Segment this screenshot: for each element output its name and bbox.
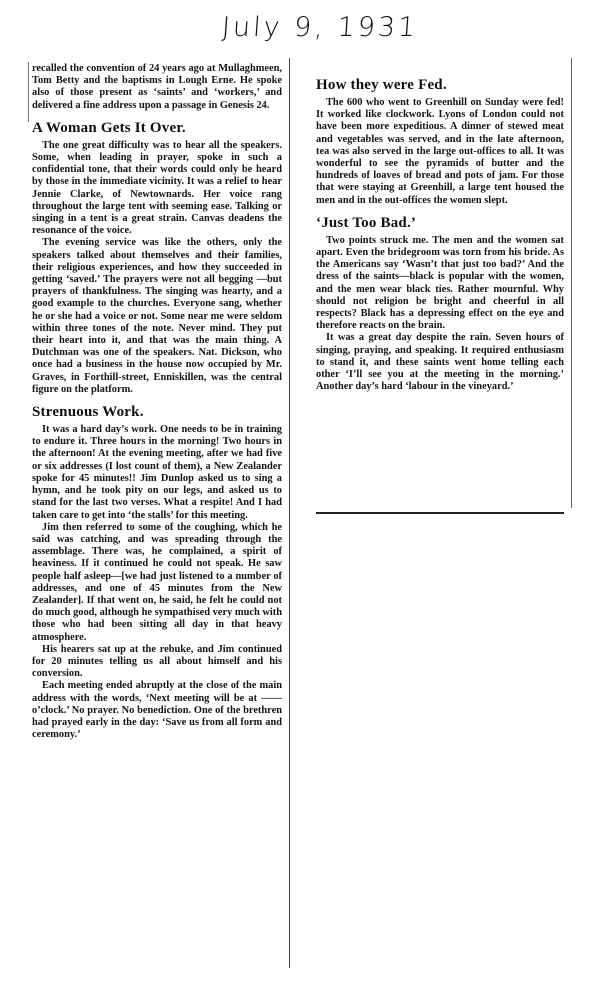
opening-paragraph: recalled the convention of 24 years ago …: [32, 63, 282, 112]
left-column: recalled the convention of 24 years ago …: [32, 63, 282, 741]
section-heading-just-too-bad: ‘Just Too Bad.’: [316, 214, 564, 232]
left-column-left-rule: [28, 62, 29, 122]
paragraph: The evening service was like the others,…: [32, 237, 282, 396]
paragraph: It was a great day despite the rain. Sev…: [316, 332, 564, 393]
paragraph: The one great difficulty was to hear all…: [32, 140, 282, 238]
paragraph: Two points struck me. The men and the wo…: [316, 235, 564, 333]
article-end-rule: [316, 512, 564, 514]
right-column-right-rule: [571, 58, 572, 508]
right-column: How they were Fed. The 600 who went to G…: [316, 76, 564, 393]
paragraph: Jim then referred to some of the coughin…: [32, 522, 282, 644]
section-heading-how-they-were-fed: How they were Fed.: [316, 76, 564, 94]
section-heading-strenuous-work: Strenuous Work.: [32, 403, 282, 421]
section-heading-woman-gets-it-over: A Woman Gets It Over.: [32, 119, 282, 137]
paragraph: The 600 who went to Greenhill on Sunday …: [316, 97, 564, 207]
column-divider-rule: [289, 58, 290, 968]
handwritten-date: July 9, 1931: [221, 12, 443, 43]
paragraph: His hearers sat up at the rebuke, and Ji…: [32, 644, 282, 681]
paragraph: It was a hard day’s work. One needs to b…: [32, 424, 282, 522]
paragraph: Each meeting ended abruptly at the close…: [32, 680, 282, 741]
